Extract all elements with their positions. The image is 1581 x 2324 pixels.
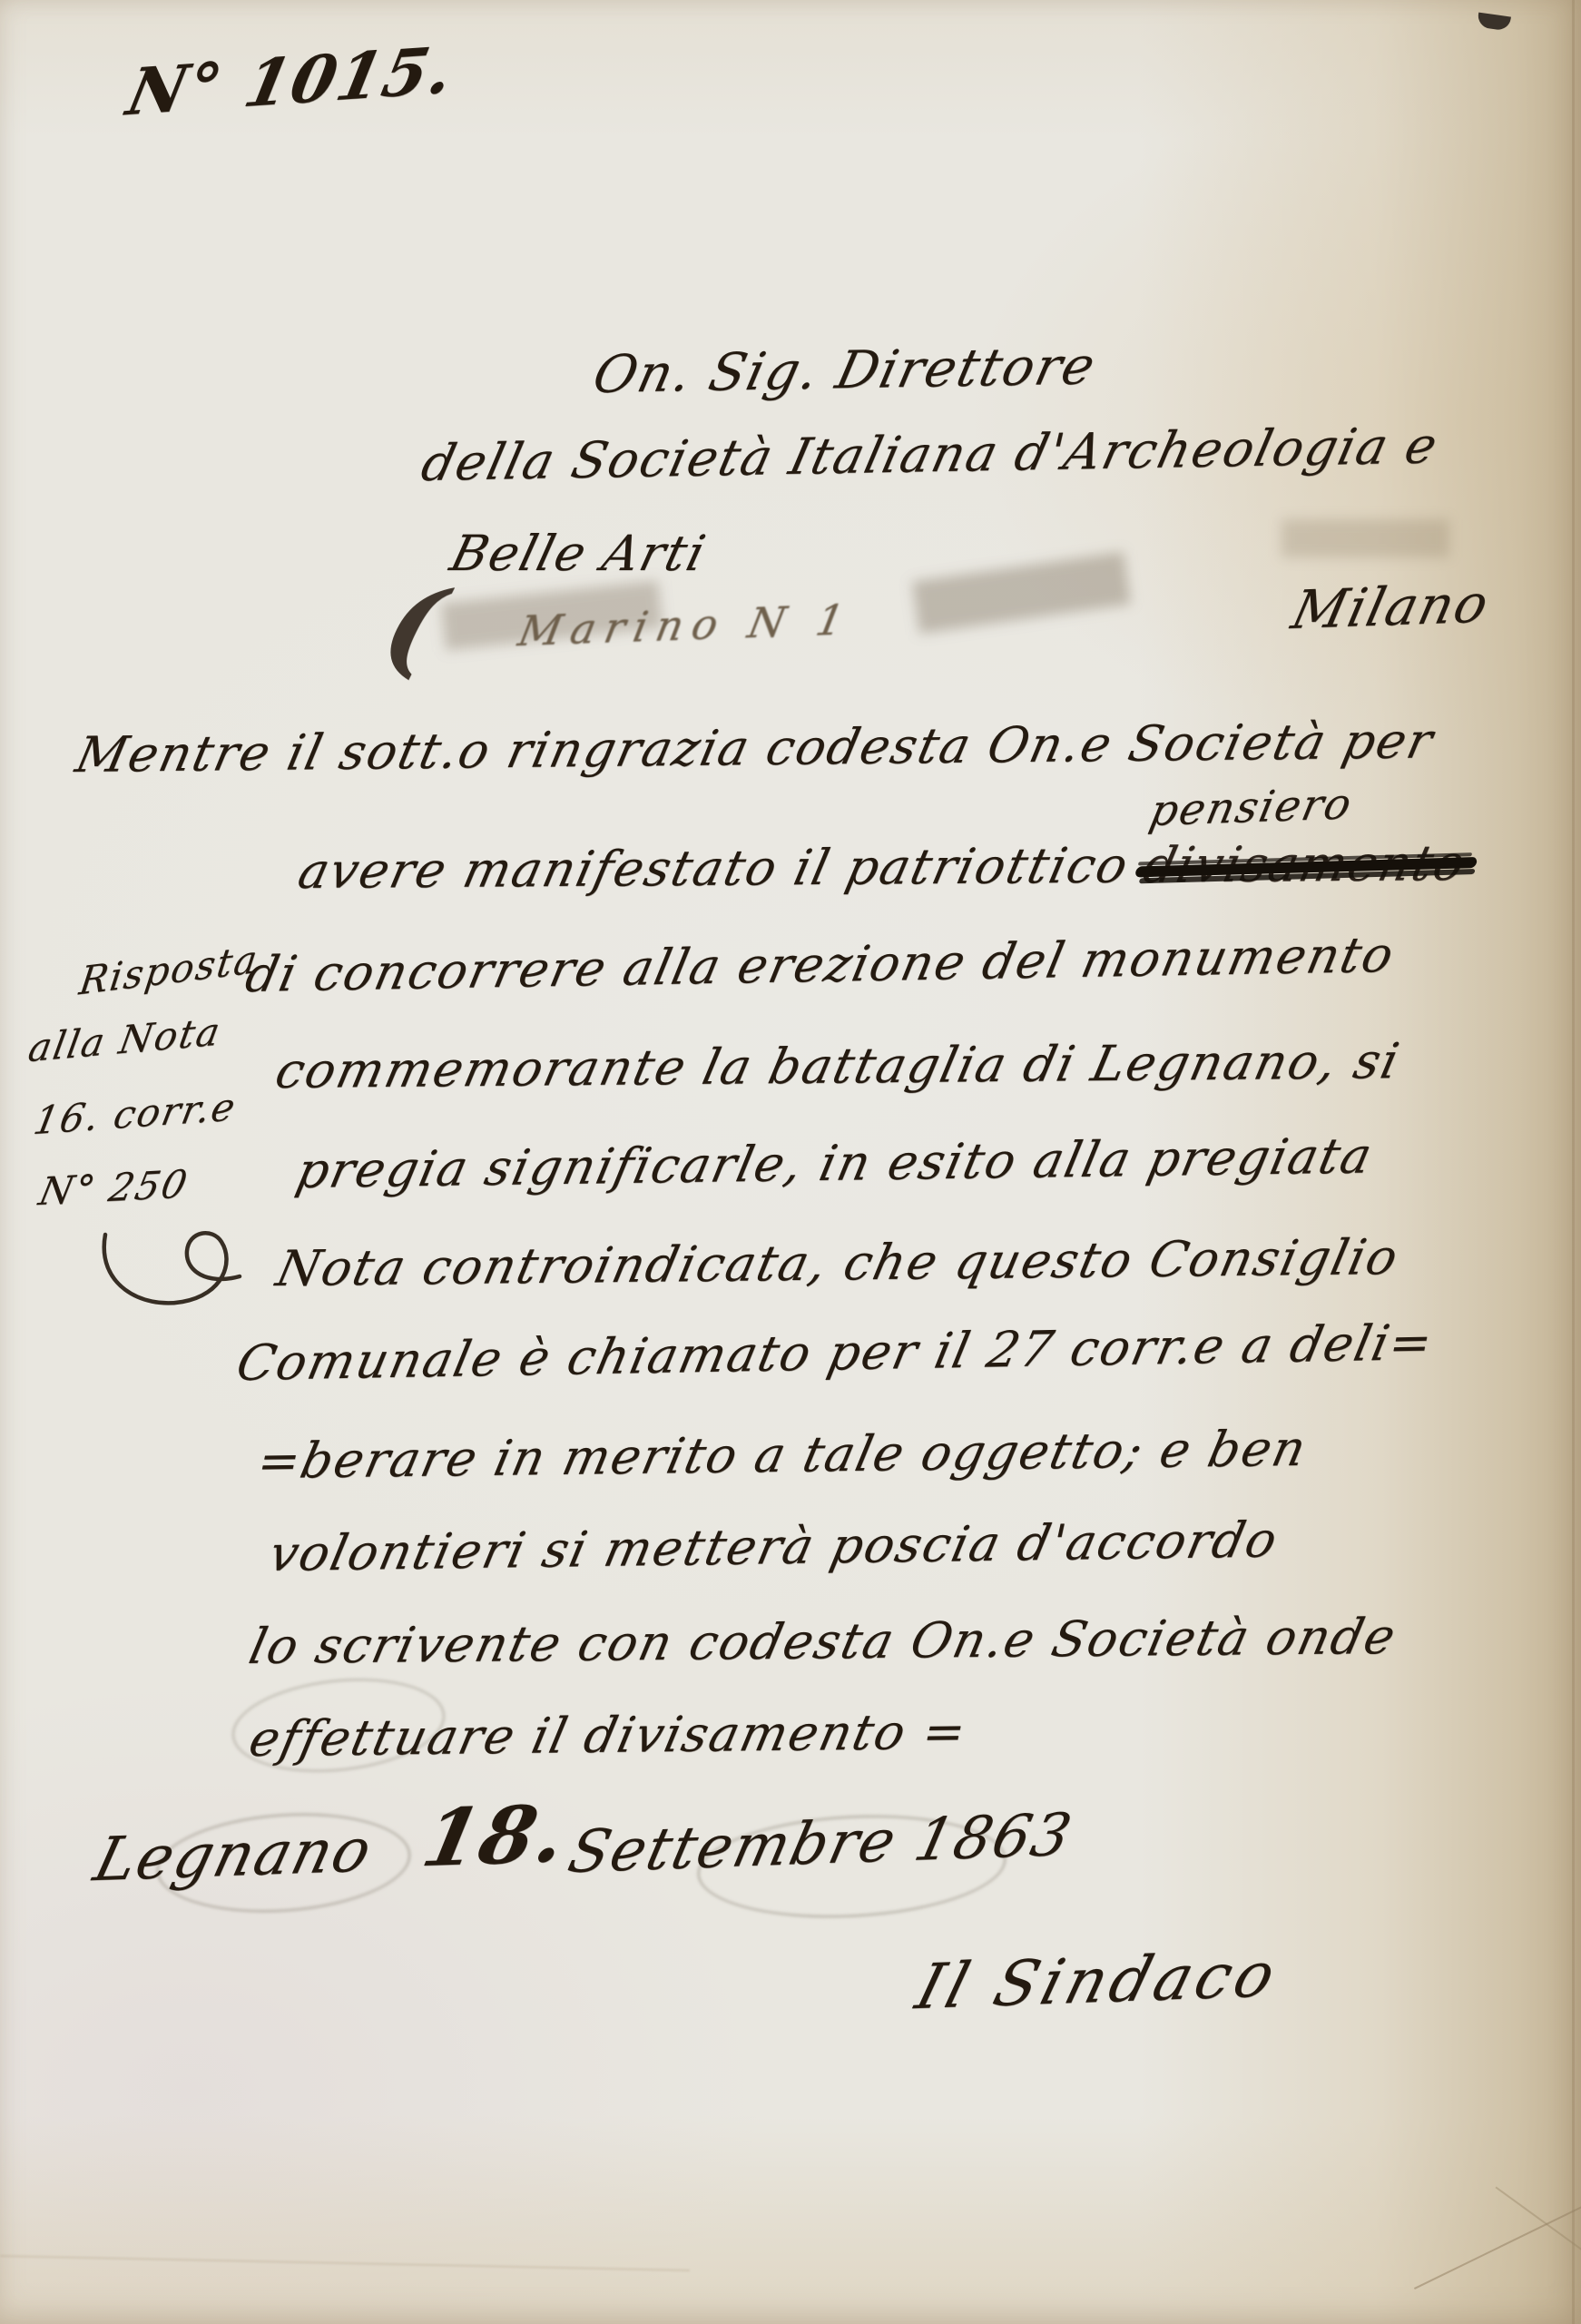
body-line-6: Nota controindicata, che questo Consigli… — [271, 1228, 1404, 1297]
recipient-society-cont: Belle Arti — [445, 525, 712, 582]
flourish-mark — [87, 1207, 260, 1325]
dateline-day: 18. — [415, 1787, 575, 1885]
struck-word: divisamento — [1138, 834, 1472, 894]
body-line-2: avere manifestato il patriotticodivisame… — [293, 834, 1472, 900]
body-line-4: commemorante la battaglia di Legnano, si — [270, 1032, 1406, 1099]
letter-page: N° 1015. On. Sig. Direttore della Societ… — [0, 0, 1581, 2324]
margin-note-line: Risposta — [76, 936, 261, 1003]
body-line-1: Mentre il sott.o ringrazia codesta On.e … — [71, 712, 1439, 783]
ink-smudge — [1281, 519, 1449, 557]
recipient-society: della Società Italiana d'Archeologia e — [417, 416, 1445, 492]
margin-note-line: alla Nota — [25, 1009, 225, 1070]
ink-smudge — [912, 552, 1131, 634]
paper-nick-top-right — [1477, 13, 1511, 32]
paper-crease — [1414, 2182, 1581, 2290]
address-city: Milano — [1286, 572, 1496, 641]
inserted-word: pensiero — [1145, 779, 1358, 836]
body-line-8: =berare in merito a tale oggetto; e ben — [252, 1420, 1312, 1490]
signature-il-sindaco: Il Sindaco — [908, 1939, 1287, 2024]
recipient-title: On. Sig. Direttore — [587, 336, 1102, 405]
margin-note-line: 16. corr.e — [30, 1084, 241, 1143]
body-line-9: volontieri si metterà poscia d'accordo — [264, 1511, 1283, 1582]
body-line-3: di concorrere alla erezione del monument… — [241, 926, 1399, 1003]
body-line-10: lo scrivente con codesta On.e Società on… — [244, 1608, 1402, 1675]
dateline-place: Legnano — [87, 1815, 379, 1895]
body-line-7: Comunale è chiamato per il 27 corr.e a d… — [231, 1314, 1439, 1392]
body-line-11: effettuare il divisamento = — [244, 1703, 973, 1768]
body-line-2-text: avere manifestato il patriottico — [293, 837, 1134, 900]
dateline-month-year: Settembre 1863 — [562, 1801, 1078, 1886]
margin-note-line: N° 250 — [35, 1161, 193, 1214]
body-line-5: pregia significarle, in esito alla pregi… — [291, 1127, 1379, 1199]
document-number: N° 1015. — [121, 31, 462, 130]
paper-right-edge — [1572, 0, 1575, 2324]
paper-crease — [0, 2255, 690, 2271]
